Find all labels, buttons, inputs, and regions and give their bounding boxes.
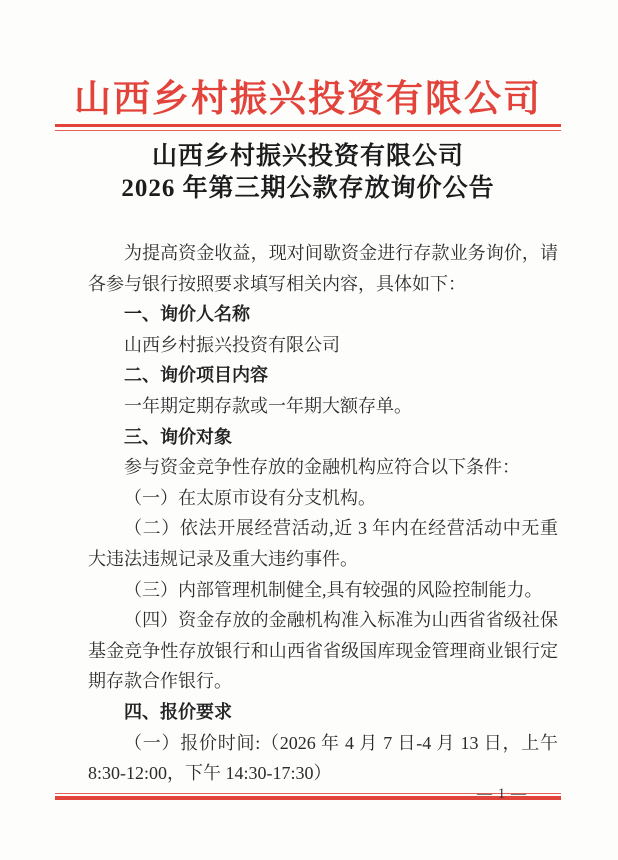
paragraph-condition-3: （三）内部管理机制健全,具有较强的风险控制能力。 [88,575,558,606]
header-rule-thick [55,124,561,127]
document-title-line2: 2026 年第三期公款存放询价公告 [55,173,561,205]
intro-paragraph: 为提高资金收益，现对间歇资金进行存款业务询价，请各参与银行按照要求填写相关内容，… [88,238,558,299]
page-number: — 1 — [472,786,532,803]
letterhead-company-title: 山西乡村振兴投资有限公司 [55,68,561,122]
paragraph-condition-1: （一）在太原市设有分支机构。 [88,483,558,514]
section-heading-inquirer: 一、询价人名称 [88,299,558,330]
paragraph-condition-4: （四）资金存放的金融机构准入标准为山西省省级社保基金竞争性存放银行和山西省省级国… [88,605,558,697]
paragraph-condition-2: （二）依法开展经营活动,近 3 年内在经营活动中无重大违法违规记录及重大违约事件… [88,513,558,574]
document-title: 山西乡村振兴投资有限公司 2026 年第三期公款存放询价公告 [55,141,561,205]
document-title-line1: 山西乡村振兴投资有限公司 [55,141,561,173]
paragraph-project-content: 一年期定期存款或一年期大额存单。 [88,391,558,422]
header-rule-thin [55,130,561,131]
paragraph-target-intro: 参与资金竞争性存放的金融机构应符合以下条件： [88,452,558,483]
paragraph-inquirer-name: 山西乡村振兴投资有限公司 [88,330,558,361]
document-page: 山西乡村振兴投资有限公司 山西乡村振兴投资有限公司 2026 年第三期公款存放询… [0,0,618,860]
section-heading-quotation: 四、报价要求 [88,697,558,728]
section-heading-targets: 三、询价对象 [88,422,558,453]
paragraph-quotation-time: （一）报价时间:（2026 年 4 月 7 日-4 月 13 日，上午 8:30… [88,728,558,789]
section-heading-project: 二、询价项目内容 [88,360,558,391]
document-body: 为提高资金收益，现对间歇资金进行存款业务询价，请各参与银行按照要求填写相关内容，… [88,238,558,789]
